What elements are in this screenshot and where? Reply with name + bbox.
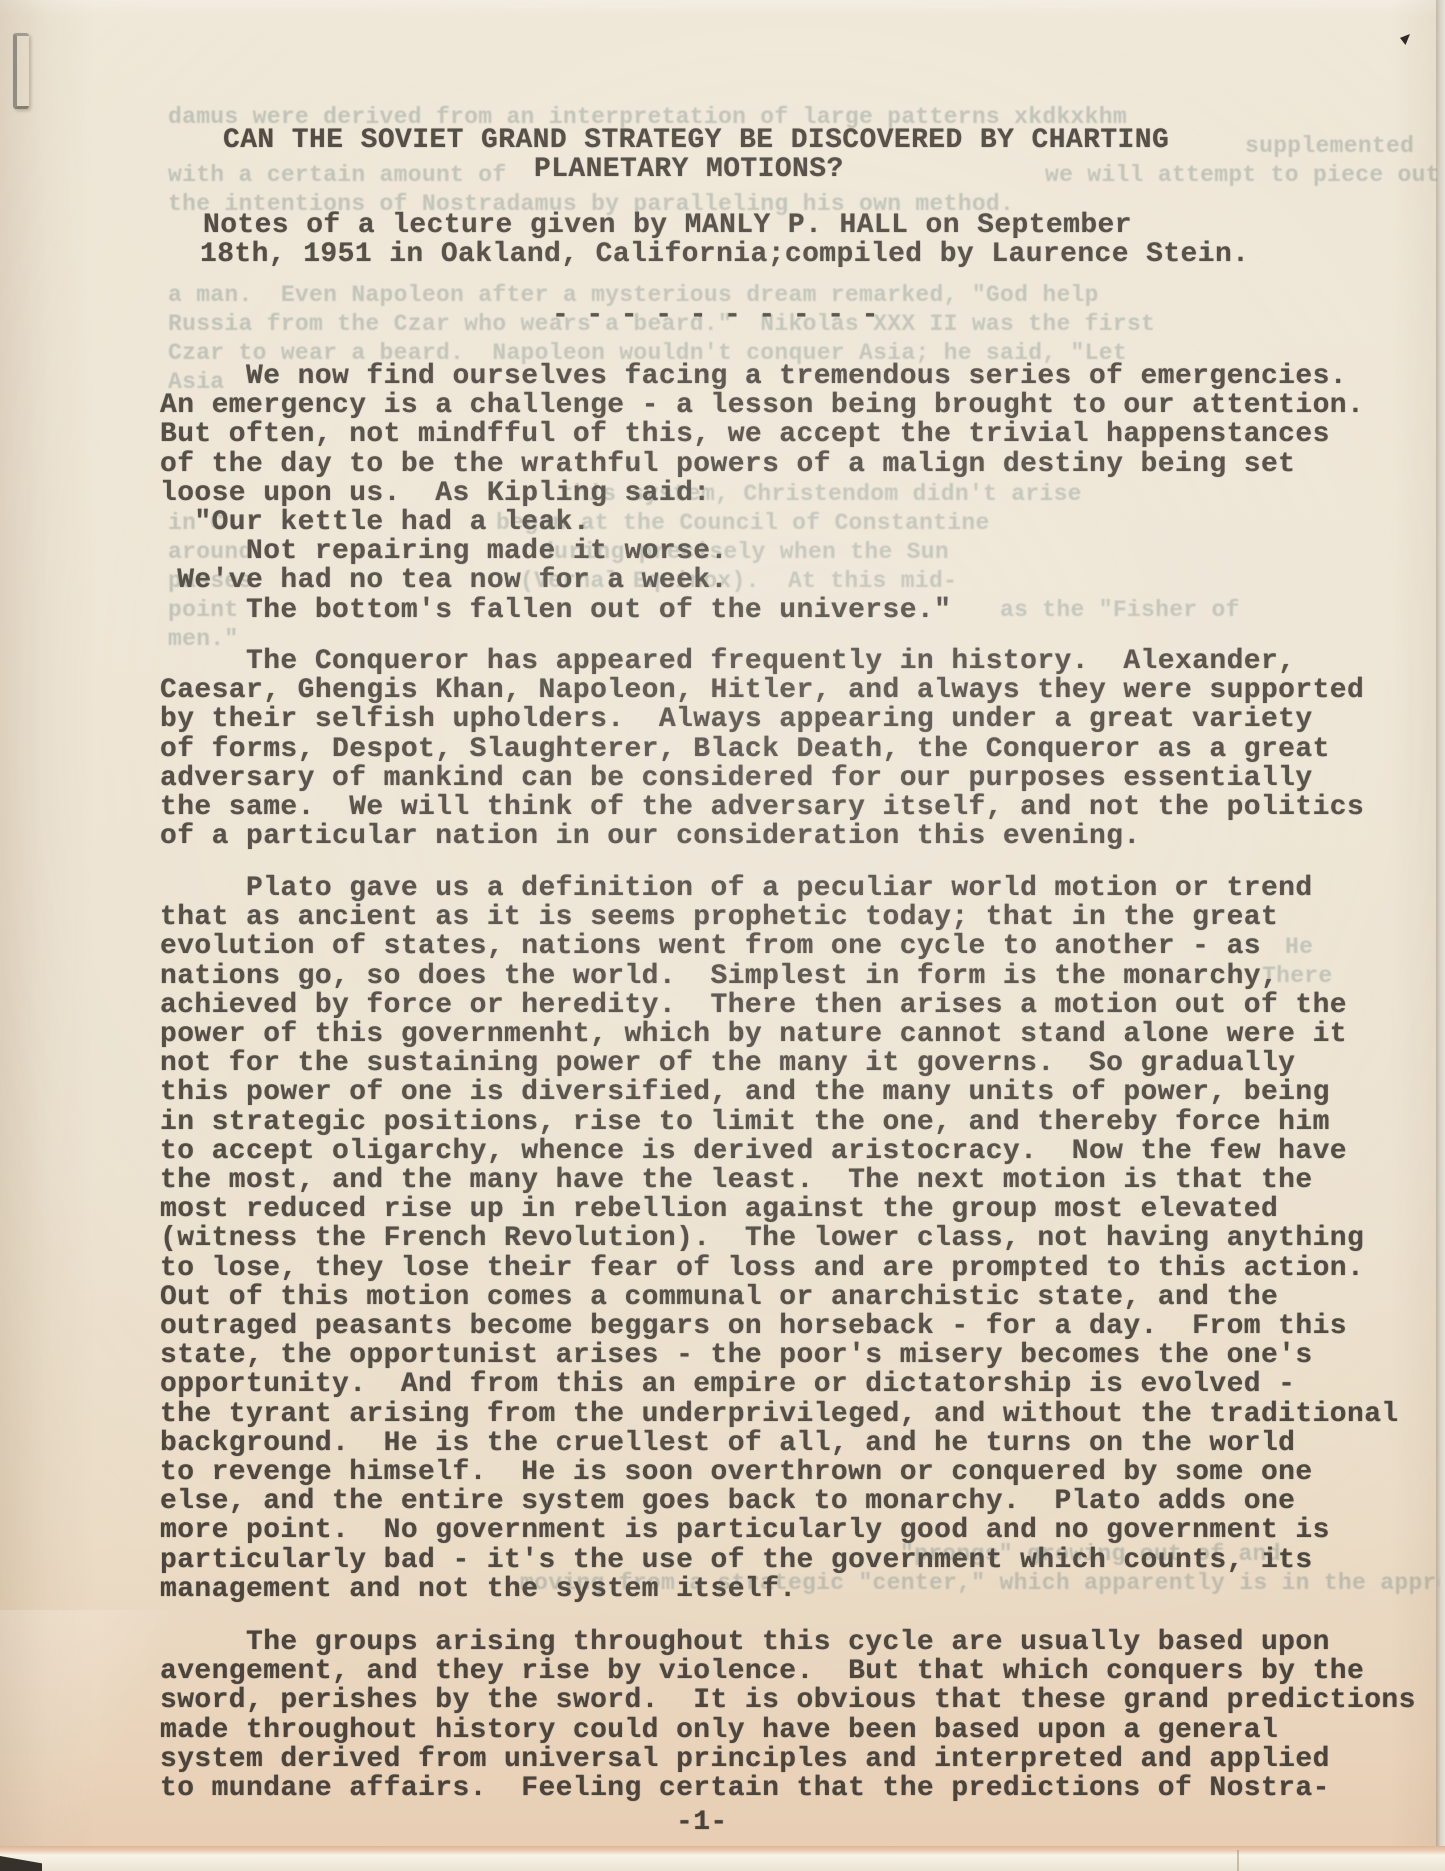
text-line: outraged peasants become beggars on hors…	[160, 1312, 1399, 1341]
document-title-line-2: PLANETARY MOTIONS?	[534, 155, 844, 184]
text-line: of a particular nation in our considerat…	[160, 822, 1364, 851]
text-line: particularly bad - it's the use of the g…	[160, 1546, 1399, 1575]
text-line: adversary of mankind can be considered f…	[160, 764, 1364, 793]
text-line: nations go, so does the world. Simplest …	[160, 962, 1399, 991]
text-line: the most, and the many have the least. T…	[160, 1166, 1399, 1195]
text-line: else, and the entire system goes back to…	[160, 1487, 1399, 1516]
text-line: the tyrant arising from the underprivile…	[160, 1400, 1399, 1429]
text-line: made throughout history could only have …	[160, 1716, 1416, 1745]
byline-line-2: 18th, 1951 in Oakland, California;compil…	[200, 240, 1249, 269]
text-line: We now find ourselves facing a tremendou…	[160, 362, 1364, 391]
byline-line-1: Notes of a lecture given by MANLY P. HAL…	[203, 211, 1132, 240]
typed-text-layer: CAN THE SOVIET GRAND STRATEGY BE DISCOVE…	[0, 0, 1445, 1871]
text-line: Out of this motion comes a communal or a…	[160, 1283, 1399, 1312]
text-line: sword, perishes by the sword. It is obvi…	[160, 1686, 1416, 1715]
text-line: of forms, Despot, Slaughterer, Black Dea…	[160, 735, 1364, 764]
text-line: in strategic positions, rise to limit th…	[160, 1108, 1399, 1137]
text-line: the same. We will think of the adversary…	[160, 793, 1364, 822]
text-line: most reduced rise up in rebellion agains…	[160, 1195, 1399, 1224]
text-line: to mundane affairs. Feeling certain that…	[160, 1774, 1416, 1803]
staple	[13, 33, 29, 109]
text-line: system derived from universal principles…	[160, 1745, 1416, 1774]
text-line: The Conqueror has appeared frequently in…	[160, 647, 1364, 676]
document-title-line-1: CAN THE SOVIET GRAND STRATEGY BE DISCOVE…	[223, 126, 1169, 155]
text-line: An emergency is a challenge - a lesson b…	[160, 391, 1364, 420]
text-line: Caesar, Ghengis Khan, Napoleon, Hitler, …	[160, 676, 1364, 705]
text-line: But often, not mindfful of this, we acce…	[160, 420, 1364, 449]
text-line: "Our kettle had a leak.	[160, 508, 1364, 537]
text-line: to revenge himself. He is soon overthrow…	[160, 1458, 1399, 1487]
text-line: to accept oligarchy, whence is derived a…	[160, 1137, 1399, 1166]
text-line: state, the opportunist arises - the poor…	[160, 1341, 1399, 1370]
text-line: The groups arising throughout this cycle…	[160, 1628, 1416, 1657]
text-line: management and not the system itself.	[160, 1575, 1399, 1604]
text-line: this power of one is diversified, and th…	[160, 1078, 1399, 1107]
text-line: by their selfish upholders. Always appea…	[160, 705, 1364, 734]
text-line: Plato gave us a definition of a peculiar…	[160, 874, 1399, 903]
paragraph-4: The groups arising throughout this cycle…	[160, 1628, 1416, 1803]
bottom-sheet-seam	[1237, 1850, 1239, 1871]
text-line: (witness the French Revolution). The low…	[160, 1224, 1399, 1253]
paragraph-2: The Conqueror has appeared frequently in…	[160, 647, 1364, 851]
paragraph-3: Plato gave us a definition of a peculiar…	[160, 874, 1399, 1604]
text-line: power of this governmenht, which by natu…	[160, 1020, 1399, 1049]
text-line: The bottom's fallen out of the universe.…	[160, 596, 1364, 625]
text-line: background. He is the cruellest of all, …	[160, 1429, 1399, 1458]
page-number: -1-	[676, 1808, 728, 1837]
typewritten-document-page: damus were derived from an interpretatio…	[0, 0, 1445, 1871]
text-line: We've had no tea now for a week.	[160, 566, 1364, 595]
text-line: evolution of states, nations went from o…	[160, 932, 1399, 961]
text-line: achieved by force or heredity. There the…	[160, 991, 1399, 1020]
text-line: to lose, they lose their fear of loss an…	[160, 1254, 1399, 1283]
text-line: not for the sustaining power of the many…	[160, 1049, 1399, 1078]
text-line: that as ancient as it is seems prophetic…	[160, 903, 1399, 932]
text-line: avengement, and they rise by violence. B…	[160, 1657, 1416, 1686]
text-line: Not repairing made it worse.	[160, 537, 1364, 566]
text-line: opportunity. And from this an empire or …	[160, 1370, 1399, 1399]
text-line: more point. No government is particularl…	[160, 1516, 1399, 1545]
paragraph-1: We now find ourselves facing a tremendou…	[160, 362, 1364, 625]
text-line: loose upon us. As Kipling said:	[160, 479, 1364, 508]
dashed-separator: - - - - - - - - - -	[552, 301, 879, 330]
text-line: of the day to be the wrathful powers of …	[160, 450, 1364, 479]
